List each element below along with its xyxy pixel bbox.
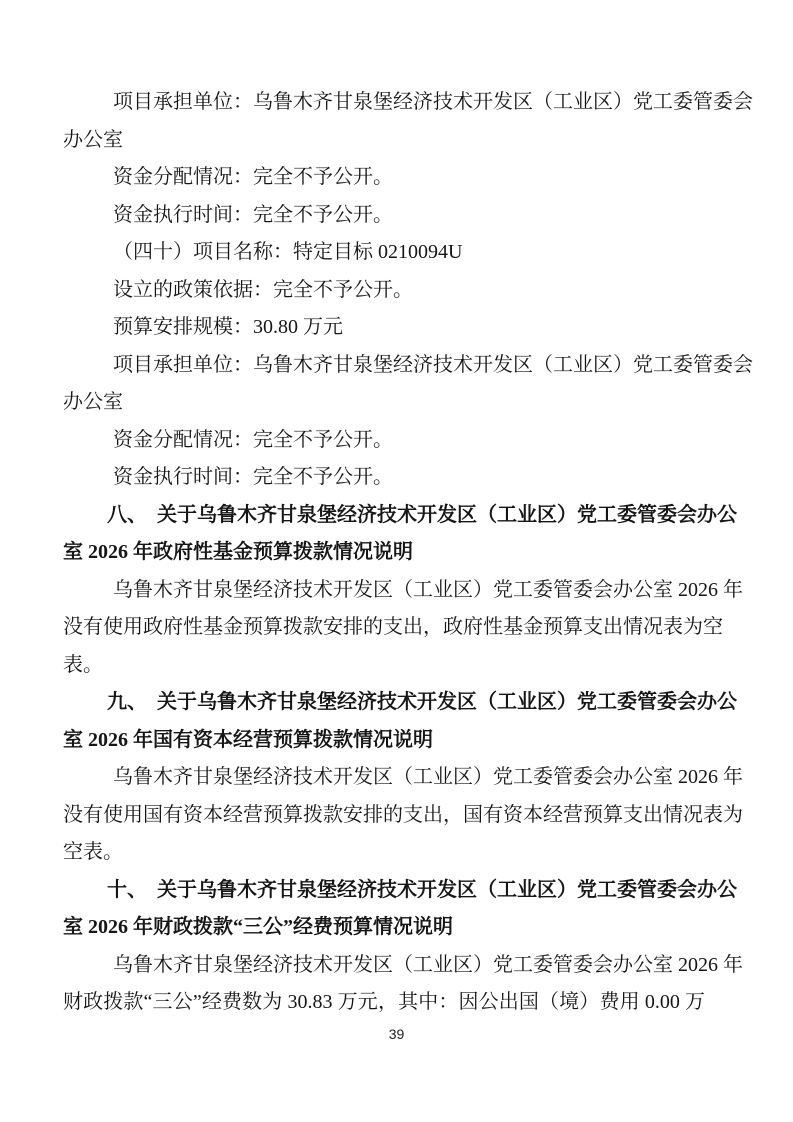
paragraph-line: 表。 [63,647,705,685]
section-heading-line: 八、 关于乌鲁木齐甘泉堡经济技术开发区（工业区）党工委管委会办公 [63,497,705,535]
paragraph-line: 资金分配情况：完全不予公开。 [63,422,705,460]
paragraph-line: 空表。 [63,834,705,872]
paragraph-line: 没有使用国有资本经营预算拨款安排的支出，国有资本经营预算支出情况表为 [63,797,705,835]
paragraph-line: 办公室 [63,384,705,422]
section-heading-line: 室 2026 年财政拨款“三公”经费预算情况说明 [63,909,705,947]
document-body: 项目承担单位：乌鲁木齐甘泉堡经济技术开发区（工业区）党工委管委会办公室资金分配情… [63,84,705,1022]
paragraph-line: 办公室 [63,122,705,160]
paragraph-line: 财政拨款“三公”经费数为 30.83 万元，其中：因公出国（境）费用 0.00 … [63,984,705,1022]
paragraph-line: 资金分配情况：完全不予公开。 [63,159,705,197]
paragraph-line: 资金执行时间：完全不予公开。 [63,197,705,235]
section-heading-line: 十、 关于乌鲁木齐甘泉堡经济技术开发区（工业区）党工委管委会办公 [63,872,705,910]
page-number: 39 [0,1026,793,1042]
paragraph-line: 项目承担单位：乌鲁木齐甘泉堡经济技术开发区（工业区）党工委管委会 [63,347,705,385]
paragraph-line: 设立的政策依据：完全不予公开。 [63,272,705,310]
paragraph-line: 没有使用政府性基金预算拨款安排的支出，政府性基金预算支出情况表为空 [63,609,705,647]
paragraph-line: 资金执行时间：完全不予公开。 [63,459,705,497]
document-page: 项目承担单位：乌鲁木齐甘泉堡经济技术开发区（工业区）党工委管委会办公室资金分配情… [0,0,793,1122]
section-heading-line: 室 2026 年国有资本经营预算拨款情况说明 [63,722,705,760]
paragraph-line: 乌鲁木齐甘泉堡经济技术开发区（工业区）党工委管委会办公室 2026 年 [63,759,705,797]
paragraph-line: 乌鲁木齐甘泉堡经济技术开发区（工业区）党工委管委会办公室 2026 年 [63,947,705,985]
paragraph-line: 预算安排规模：30.80 万元 [63,309,705,347]
paragraph-line: 项目承担单位：乌鲁木齐甘泉堡经济技术开发区（工业区）党工委管委会 [63,84,705,122]
paragraph-line: 乌鲁木齐甘泉堡经济技术开发区（工业区）党工委管委会办公室 2026 年 [63,572,705,610]
section-heading-line: 室 2026 年政府性基金预算拨款情况说明 [63,534,705,572]
paragraph-line: （四十）项目名称：特定目标 0210094U [63,234,705,272]
section-heading-line: 九、 关于乌鲁木齐甘泉堡经济技术开发区（工业区）党工委管委会办公 [63,684,705,722]
